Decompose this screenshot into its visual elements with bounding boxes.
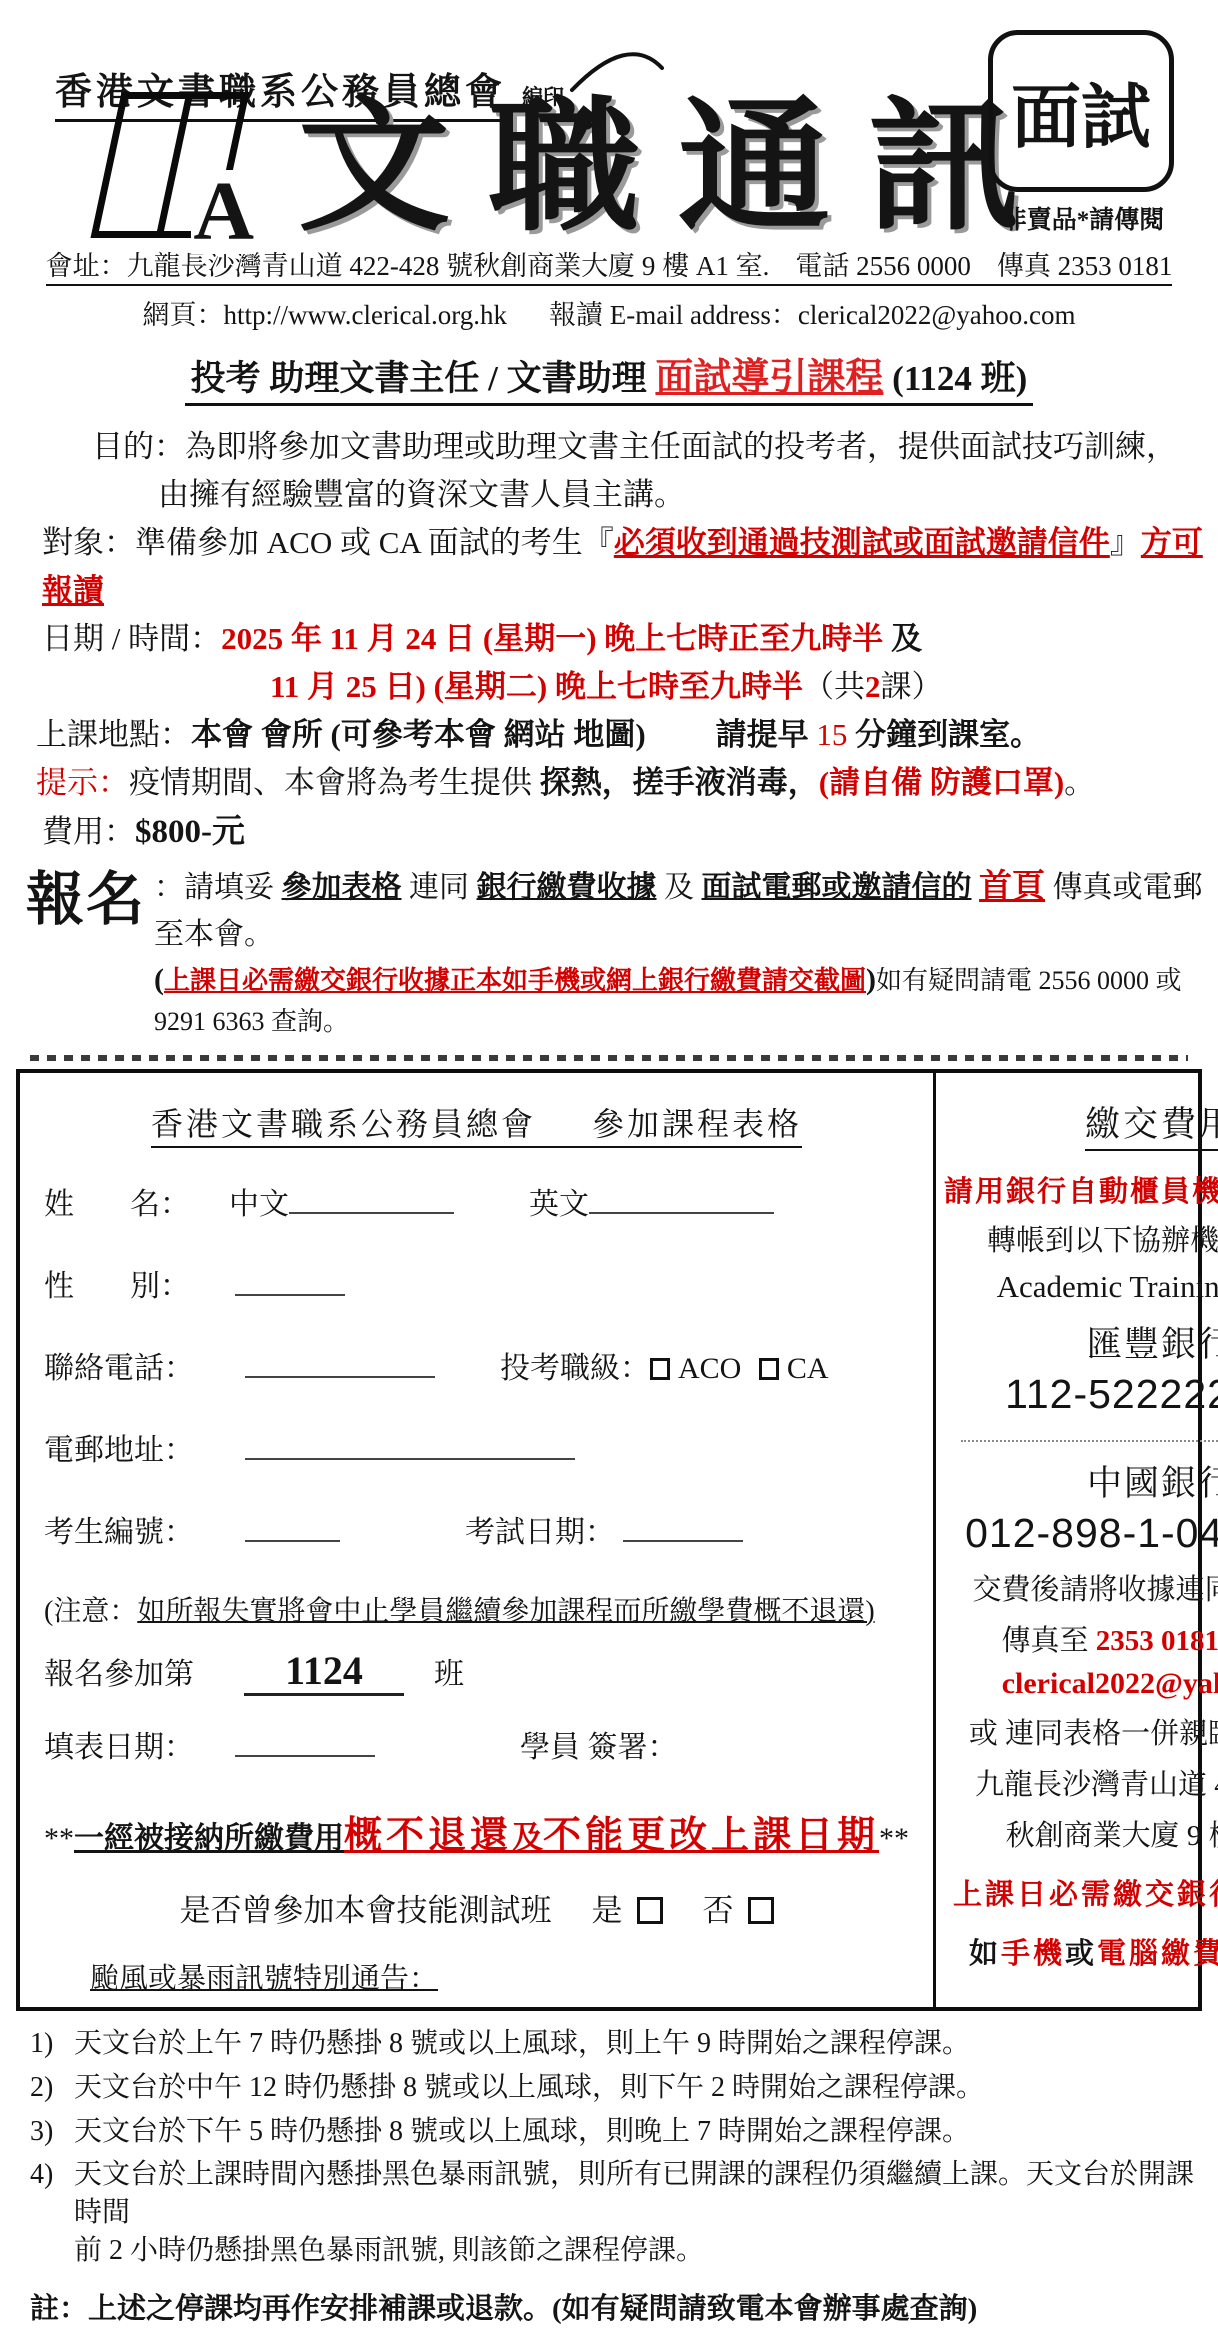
form-title: 香港文書職系公務員總會參加課程表格 xyxy=(44,1099,909,1145)
enroll-paren-close: ) xyxy=(866,963,876,996)
stars-left: ** xyxy=(44,1822,74,1855)
notice-bold: 探熱，搓手液消毒， xyxy=(540,765,819,800)
datetime-and: 及 xyxy=(891,621,922,656)
website-url: 網頁：http://www.clerical.org.hk xyxy=(143,300,507,330)
course-title-prefix: 投考 助理文書主任 / 文書助理 xyxy=(191,359,647,398)
receipt-reminder-1: 上課日必需繳交銀行收據正本 xyxy=(944,1872,1218,1913)
application-form: 香港文書職系公務員總會參加課程表格 姓名： 中文 英文 性別： 聯絡電話： xyxy=(20,1073,936,2007)
reminder-red-1: 手機 xyxy=(1001,1938,1065,1970)
enroll-receipt-word: 銀行繳費收據 xyxy=(477,871,657,904)
grade-ca-label: CA xyxy=(787,1352,829,1385)
enroll-pre: 請填妥 xyxy=(184,871,274,904)
makeup-note: 註：上述之停課均再作安排補課或退款。(如有疑問請致電本會辦事處查詢) xyxy=(30,2286,1218,2327)
candidate-no-label: 考生編號： xyxy=(44,1516,194,1549)
payment-panel: 繳交費用 請用銀行自動櫃員機或網上銀行 轉帳到以下協辦機構戶口： Academi… xyxy=(936,1073,1218,2007)
enroll-first-page: 首頁 xyxy=(979,869,1045,905)
course-details: 目的：為即將參加文書助理或助理文書主任面試的投考者，提供面試技巧訓練， 由擁有經… xyxy=(0,423,1218,859)
notice-mask: (請自備 防護口罩) xyxy=(819,765,1064,800)
rule-1-num: 1) xyxy=(30,2025,74,2063)
address-text: 會址：九龍長沙灣青山道 422-428 號秋創商業大廈 9 樓 A1 室. xyxy=(46,251,770,281)
skill-test-row: 是否曾參加本會技能測試班是否 xyxy=(44,1885,909,1930)
gender-row: 性別： xyxy=(44,1261,909,1305)
checkbox-no[interactable] xyxy=(748,1897,774,1924)
enroll-mid-2: 及 xyxy=(664,871,694,904)
skill-test-question: 是否曾參加本會技能測試班 xyxy=(180,1893,552,1928)
checkbox-yes[interactable] xyxy=(637,1897,663,1924)
contact-phone-field[interactable] xyxy=(245,1345,435,1378)
receipt-reminder-2: 如手機或電腦繳費請交截圖 xyxy=(944,1931,1218,1972)
fax-number: 2353 0181 xyxy=(1096,1625,1218,1657)
enroll-label: 報名 xyxy=(26,871,146,929)
notice-label: 提示： xyxy=(36,765,129,800)
rule-2-text: 天文台於中午 12 時仍懸掛 8 號或以上風球，則下午 2 時開始之課程停課。 xyxy=(74,2069,984,2107)
gender-label-2: 別： xyxy=(130,1270,190,1303)
lessons-open: （共 xyxy=(803,669,865,704)
checkbox-aco[interactable] xyxy=(650,1358,670,1380)
caution-line: (注意：如所報失實將會中止學員繼續參加課程而所繳學費概不退還) xyxy=(44,1589,909,1629)
fax-text: 傳真 2353 0181 xyxy=(997,251,1173,281)
fee-row: 費用：$800-元 xyxy=(0,807,1218,858)
enroll-form-word: 參加表格 xyxy=(282,871,402,904)
stars-right: ** xyxy=(879,1822,909,1855)
class-pre: 報名參加第 xyxy=(44,1658,194,1691)
venue-early-pre: 請提早 xyxy=(716,717,809,752)
enroll-block: 報名 ：請填妥 參加表格 連同 銀行繳費收據 及 面試電郵或邀請信的 首頁 傳真… xyxy=(0,863,1218,1042)
english-name-label: 英文 xyxy=(529,1188,589,1221)
no-refund-line: **一經被接納所繳費用概不退還及不能更改上課日期** xyxy=(44,1804,909,1859)
lessons-count: 2 xyxy=(865,669,881,704)
name-row: 姓名： 中文 英文 xyxy=(44,1179,909,1223)
payment-after-line: 交費後請將收據連同參加表格 xyxy=(944,1567,1218,1608)
interview-badge: 面試 xyxy=(988,30,1174,192)
typhoon-rule-4: 4) 天文台於上課時間內懸掛黑色暴雨訊號，則所有已開課的課程仍須繼續上課。天文台… xyxy=(30,2156,1218,2232)
venue-early-post: 分鐘到課室。 xyxy=(855,717,1041,752)
logo-divider xyxy=(156,97,193,237)
name-label: 姓 xyxy=(44,1188,74,1221)
form-title-name: 參加課程表格 xyxy=(592,1106,802,1142)
payment-method-note: 請用銀行自動櫃員機或網上銀行 xyxy=(944,1169,1218,1210)
reminder-black-1: 如 xyxy=(969,1938,1001,1970)
payment-title: 繳交費用 xyxy=(944,1097,1218,1147)
target-red-text: 必須收到通過技測試或面試邀請信件 xyxy=(614,525,1110,560)
yes-label: 是 xyxy=(592,1893,623,1928)
purpose-row: 目的：為即將參加文書助理或助理文書主任面試的投考者，提供面試技巧訓練， xyxy=(0,423,1218,471)
no-refund-and: 及 xyxy=(512,1820,543,1855)
rule-3-num: 3) xyxy=(30,2113,74,2151)
masthead: 香港文書職系公務員總會 編印 A 文職通訊 面試 非賣品*請傳閱 xyxy=(0,10,1218,242)
bank-2-account: 012-898-1-041534-3 xyxy=(944,1510,1218,1557)
grade-aco-label: ACO xyxy=(678,1352,741,1385)
typhoon-rule-2: 2) 天文台於中午 12 時仍懸掛 8 號或以上風球，則下午 2 時開始之課程停… xyxy=(30,2069,1218,2107)
class-post: 班 xyxy=(434,1658,464,1691)
form-title-org: 香港文書職系公務員總會 xyxy=(151,1106,536,1142)
enroll-line-2: (上課日必需繳交銀行收據正本如手機或網上銀行繳費請交截圖)如有疑問請電 2556… xyxy=(154,957,1218,1041)
bank-2-name: 中國銀行 xyxy=(944,1456,1218,1506)
payment-org-en: Academic Training Center xyxy=(944,1269,1218,1305)
datetime-row: 日期 / 時間：2025 年 11 月 24 日 (星期一) 晚上七時正至九時半… xyxy=(0,615,1218,663)
email-address: 報讀 E-mail address：clerical2022@yahoo.com xyxy=(549,300,1075,330)
datetime-session-2: 11 月 25 日) (星期二) 晚上七時至九時半 xyxy=(270,669,803,704)
rule-1-text: 天文台於上午 7 時仍懸掛 8 號或以上風球，則上午 9 時開始之課程停課。 xyxy=(74,2025,970,2063)
gender-field[interactable] xyxy=(235,1263,345,1296)
venue-row: 上課地點：本會 會所 (可參考本會 網站 地圖)請提早 15 分鐘到課室。 xyxy=(0,711,1218,759)
chinese-name-field[interactable] xyxy=(289,1181,454,1214)
purpose-text-2: 由擁有經驗豐富的資深文書人員主講。 xyxy=(158,477,685,512)
phone-text: 電話 2556 0000 xyxy=(795,251,971,281)
purpose-label: 目的： xyxy=(92,429,185,464)
typhoon-rules: 1) 天文台於上午 7 時仍懸掛 8 號或以上風球，則上午 9 時開始之課程停課… xyxy=(30,2025,1218,2270)
target-label: 對象： xyxy=(42,525,135,560)
rule-4-num: 4) xyxy=(30,2156,74,2232)
visit-line-1: 或 連同表格一併親臨本會繳交 xyxy=(944,1711,1218,1752)
rule-4-text: 天文台於上課時間內懸掛黑色暴雨訊號，則所有已開課的課程仍須繼續上課。天文台於開課… xyxy=(74,2156,1218,2232)
typhoon-notice-title: 颱風或暴雨訊號特別通告： xyxy=(44,1956,909,1997)
purpose-row-2: 由擁有經驗豐富的資深文書人員主講。 xyxy=(0,471,1218,519)
rule-2-num: 2) xyxy=(30,2069,74,2107)
lessons-close: 課） xyxy=(881,669,943,704)
bank-1-name: 匯豐銀行 xyxy=(944,1317,1218,1367)
union-logo: A xyxy=(88,92,258,242)
fill-date-row: 填表日期： 學員 簽署： xyxy=(44,1722,909,1766)
no-refund-black: 一經被接納所繳費用 xyxy=(74,1822,344,1855)
email-field[interactable] xyxy=(245,1427,575,1460)
english-name-field[interactable] xyxy=(589,1181,774,1214)
class-row: 報名參加第1124班 xyxy=(44,1649,909,1696)
notice-row: 提示：疫情期間、本會將為考生提供 探熱，搓手液消毒，(請自備 防護口罩)。 xyxy=(0,759,1218,807)
chinese-name-label: 中文 xyxy=(229,1188,289,1221)
typhoon-rule-1: 1) 天文台於上午 7 時仍懸掛 8 號或以上風球，則上午 9 時開始之課程停課… xyxy=(30,2025,1218,2063)
email-row: 電郵地址： xyxy=(44,1425,909,1469)
enroll-paren-open: ( xyxy=(154,963,164,996)
caution-text: 如所報失實將會中止學員繼續參加課程而所繳學費概不退還) xyxy=(137,1596,874,1627)
bank-1-account: 112-522222-838 xyxy=(944,1371,1218,1418)
enroll-receipt-note: 上課日必需繳交銀行收據正本如手機或網上銀行繳費請交截圖 xyxy=(164,966,866,995)
fax-pre: 傳真至 xyxy=(1002,1625,1089,1657)
enroll-line-1: ：請填妥 參加表格 連同 銀行繳費收據 及 面試電郵或邀請信的 首頁 傳真或電郵… xyxy=(154,863,1218,958)
fee-label: 費用： xyxy=(42,814,135,849)
no-refund-red-1: 概不退還 xyxy=(344,1815,512,1857)
visit-line-3: 秋創商業大廈 9 樓 A1 室 xyxy=(944,1813,1218,1854)
datetime-label: 日期 / 時間： xyxy=(42,621,221,656)
target-pre: 準備參加 ACO 或 CA 面試的考生『 xyxy=(135,525,614,560)
no-label: 否 xyxy=(703,1893,734,1928)
purpose-text-1: 為即將參加文書助理或助理文書主任面試的投考者，提供面試技巧訓練， xyxy=(185,429,1177,464)
venue-main: 本會 會所 (可參考本會 網站 地圖) xyxy=(191,717,646,752)
typhoon-rule-3: 3) 天文台於下午 5 時仍懸掛 8 號或以上風球，則晚上 7 時開始之課程停課… xyxy=(30,2113,1218,2151)
notice-end: 。 xyxy=(1064,765,1095,800)
name-label-2: 名： xyxy=(130,1188,190,1221)
fill-date-field[interactable] xyxy=(235,1724,375,1757)
payment-fax-line: 傳真至 2353 0181 或 電郵 xyxy=(944,1618,1218,1659)
no-refund-red-2: 不能更改上課日期 xyxy=(543,1815,879,1857)
datetime-session-1: 2025 年 11 月 24 日 (星期一) 晚上七時正至九時半 xyxy=(221,621,883,656)
form-email-label: 電郵地址： xyxy=(44,1434,194,1467)
flyer-page: 香港文書職系公務員總會 編印 A 文職通訊 面試 非賣品*請傳閱 會址：九龍長沙… xyxy=(0,0,1218,2347)
gender-label: 性 xyxy=(44,1270,74,1303)
dotted-divider xyxy=(961,1440,1218,1442)
course-title: 投考 助理文書主任 / 文書助理 面試導引課程 (1124 班) xyxy=(0,346,1218,401)
reminder-black-2: 或 xyxy=(1065,1938,1097,1970)
target-row: 對象：準備參加 ACO 或 CA 面試的考生『必須收到通過技測試或面試邀請信件』… xyxy=(0,519,1218,615)
notice-body: 疫情期間、本會將為考生提供 xyxy=(129,765,532,800)
enroll-invite-word: 面試電郵或邀請信的 xyxy=(702,871,972,904)
fee-value: $800-元 xyxy=(135,814,245,850)
course-title-class: (1124 班) xyxy=(892,359,1027,398)
address-line: 會址：九龍長沙灣青山道 422-428 號秋創商業大廈 9 樓 A1 室.電話 … xyxy=(0,244,1218,283)
payment-email: clerical2022@yahoo.com xyxy=(944,1667,1218,1701)
signature-label: 學員 簽署： xyxy=(520,1731,678,1764)
target-close: 』 xyxy=(1110,525,1141,560)
candidate-no-field[interactable] xyxy=(245,1509,340,1542)
course-title-highlight: 面試導引課程 xyxy=(655,357,883,399)
venue-minutes: 15 xyxy=(816,717,847,752)
application-form-box: 香港文書職系公務員總會參加課程表格 姓名： 中文 英文 性別： 聯絡電話： xyxy=(16,1069,1202,2011)
grade-label: 投考職級： xyxy=(500,1352,650,1385)
class-number: 1124 xyxy=(244,1649,404,1696)
web-line: 網頁：http://www.clerical.org.hk報讀 E-mail a… xyxy=(0,293,1218,332)
fill-date-label: 填表日期： xyxy=(44,1731,194,1764)
dashed-separator xyxy=(30,1055,1188,1061)
enroll-colon: ： xyxy=(154,871,184,904)
venue-label: 上課地點： xyxy=(36,717,191,752)
badge-caption: 非賣品*請傳閱 xyxy=(988,200,1178,236)
payment-transfer-line: 轉帳到以下協辦機構戶口： xyxy=(944,1218,1218,1259)
reminder-red-2: 電腦繳費請交截圖 xyxy=(1097,1938,1218,1970)
exam-date-label: 考試日期： xyxy=(465,1516,615,1549)
checkbox-ca[interactable] xyxy=(759,1358,779,1380)
visit-line-2: 九龍長沙灣青山道 422-428 號 xyxy=(944,1762,1218,1803)
datetime-row-2: 11 月 25 日) (星期二) 晚上七時至九時半（共2課） xyxy=(0,663,1218,711)
phone-row: 聯絡電話： 投考職級：ACO CA xyxy=(44,1343,909,1387)
enroll-mid-1: 連同 xyxy=(409,871,469,904)
caution-open: (注意： xyxy=(44,1596,137,1627)
exam-date-field[interactable] xyxy=(623,1509,743,1542)
rule-3-text: 天文台於下午 5 時仍懸掛 8 號或以上風球，則晚上 7 時開始之課程停課。 xyxy=(74,2113,970,2151)
newsletter-title: 文職通訊 xyxy=(298,96,1058,240)
candidate-row: 考生編號： 考試日期： xyxy=(44,1507,909,1551)
contact-phone-label: 聯絡電話： xyxy=(44,1352,194,1385)
logo-letter-a: A xyxy=(191,170,256,254)
rule-4-continued: 前 2 小時仍懸掛黑色暴雨訊號, 則該節之課程停課。 xyxy=(30,2232,1218,2270)
